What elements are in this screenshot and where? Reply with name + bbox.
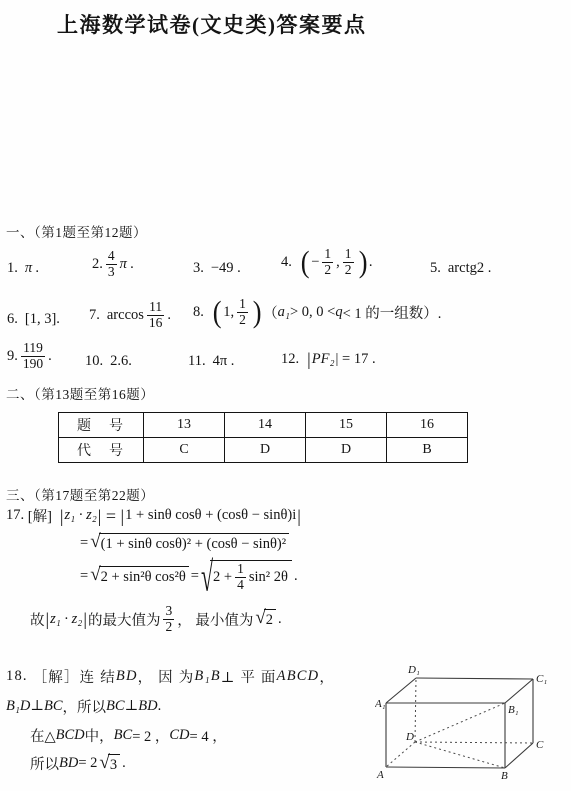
edge-d1-c1 (416, 678, 533, 679)
fraction: 119190 (21, 341, 45, 371)
fraction: 14 (235, 562, 246, 592)
left-paren: ( (301, 250, 310, 275)
answer-item-11: 11. 4π . (188, 353, 234, 370)
comma: , (336, 254, 340, 271)
period: . (369, 254, 373, 271)
text: 在△ (30, 725, 56, 746)
denominator: 2 (343, 263, 354, 278)
table-cell: 14 (225, 413, 306, 438)
abs-bar: | (297, 507, 301, 525)
table-cell: C (144, 438, 225, 463)
edge-b-c (505, 743, 533, 768)
variable-a1: a₁ (278, 304, 290, 321)
answer-item-10: 10. 2.6. (85, 353, 132, 370)
text: = 2 (78, 755, 97, 772)
vertex-label-a1: A₁ (375, 698, 386, 710)
radical: √2 +14sin² 2θ (201, 560, 292, 592)
section-heading-1: 一、（第1题至第12题） (6, 221, 147, 241)
edge-d-a-hidden (386, 742, 415, 767)
table-cell: 15 (306, 413, 387, 438)
perp-sign: ⊥ (30, 698, 44, 715)
numerator: 1 (235, 562, 246, 578)
edge-d-d1-hidden (415, 678, 416, 742)
answer-value: π . (25, 260, 40, 277)
answer-item-2: 2. 43 π . (92, 249, 134, 279)
text: 故 (30, 609, 45, 630)
diagonal-d-b1 (415, 703, 505, 742)
fraction: 32 (163, 604, 174, 634)
period: . (122, 755, 126, 772)
variable-z1z2: z₁ · z₂ (65, 507, 97, 524)
table-cell: 16 (387, 413, 468, 438)
fraction: 1116 (147, 300, 165, 330)
answer-no: 3. (193, 260, 204, 277)
problem-17-line-4: 故|z₁ · z₂|的最大值为 32 ， 最小值为 √2 . (30, 604, 282, 634)
answer-no: 9. (7, 348, 18, 365)
text: ⊥ 平 面 (221, 666, 277, 687)
table-cell: D (306, 438, 387, 463)
numerator: 119 (21, 341, 45, 357)
left-paren: ( (213, 300, 222, 325)
numerator: 11 (147, 300, 164, 316)
variable-bcd: BCD (56, 727, 85, 744)
vertex-label-c: C (536, 739, 544, 751)
answer-no: 6. (7, 311, 18, 328)
period: . (158, 698, 162, 715)
radicand: (1 + sinθ cosθ)² + (cosθ − sinθ)² (99, 533, 289, 553)
diagonal-d-b (415, 742, 505, 768)
edge-a-b (386, 767, 505, 768)
answer-item-7: 7. arccos 1116 . (89, 300, 171, 330)
denominator: 3 (106, 265, 117, 280)
right-paren: ) (253, 300, 262, 325)
radical: √3 (99, 754, 120, 774)
denominator: 4 (235, 578, 246, 593)
answer-value: π . (120, 256, 135, 273)
text: ，所以 (63, 696, 107, 717)
edge-a1-d1 (386, 678, 416, 703)
answer-value: arccos (107, 307, 144, 324)
section-heading-2: 二、（第13题至第16题） (6, 383, 154, 403)
abs-bar: | = | (98, 507, 124, 525)
radicand: 2 + sin²θ cos²θ (99, 566, 189, 586)
section-heading-3: 三、（第17题至第22题） (6, 484, 154, 504)
period: . (167, 307, 171, 324)
denominator: 16 (147, 316, 165, 331)
answer-item-1: 1. π . (7, 260, 39, 277)
answer-value: 4π . (213, 353, 235, 370)
answer-no: 10. (85, 353, 103, 370)
problem-18-line-3: 在△ BCD 中， BC = 2 ， CD = 4 ， (30, 725, 227, 746)
radical: √2 + sin²θ cos²θ (90, 566, 189, 586)
problem-17-line-1: 17. [解] |z₁ · z₂| = |1 + sinθ cosθ + (co… (6, 505, 302, 526)
problem-17-line-3: = √2 + sin²θ cos²θ = √2 +14sin² 2θ . (80, 560, 298, 592)
answer-no: 4. (281, 254, 292, 271)
variable-bd: BD (59, 755, 78, 772)
perp-sign: ⊥ (125, 698, 139, 715)
numerator: 3 (163, 604, 174, 620)
edge-c1-b1 (505, 679, 533, 703)
note-open: （ (263, 302, 278, 323)
variable-bd: BD (116, 668, 138, 685)
text: 中， (85, 725, 114, 746)
cuboid-figure: A₁ D₁ C₁ B₁ D C A B (375, 660, 571, 791)
text: ， (319, 666, 335, 687)
answer-no: 2. (92, 256, 103, 273)
problem-17-line-2: = √(1 + sinθ cosθ)² + (cosθ − sinθ)² (80, 533, 291, 553)
table-cell: D (225, 438, 306, 463)
text: ， 因 为 (138, 666, 195, 687)
answer-no: 7. (89, 307, 100, 324)
denominator: 2 (237, 313, 248, 328)
answer-value: −49 . (211, 260, 241, 277)
radical-sign: √ (201, 560, 213, 596)
equals-sign: = (191, 568, 199, 585)
answer-value: | = 17 . (336, 352, 376, 367)
problem-no: 18. (6, 668, 28, 685)
text: ， 最小值为 (177, 609, 253, 630)
variable-b1b: B₁B (194, 668, 220, 685)
radicand-pre: 2 + (213, 569, 232, 586)
denominator: 2 (322, 263, 333, 278)
answer-item-8: 8. ( 1, 12 ) （a₁ > 0, 0 < q < 1 的一组数）. (193, 297, 441, 327)
problem-no: 17. (6, 507, 24, 524)
variable-bc: BC (106, 698, 125, 715)
fraction: 12 (322, 247, 333, 277)
answer-item-9: 9. 119190 . (7, 341, 52, 371)
note-mid: > 0, 0 < (290, 304, 335, 321)
edge-d-c-hidden (415, 742, 533, 743)
table-cell: 题 号 (59, 413, 144, 438)
numerator: 1 (237, 297, 248, 313)
vertex-label-c1: C₁ (536, 673, 547, 685)
table-cell: 代 号 (59, 438, 144, 463)
answer-item-3: 3. −49 . (193, 260, 241, 277)
right-paren: ) (358, 250, 367, 275)
abs-bar: | (83, 610, 87, 628)
note-tail: < 1 的一组数）. (343, 302, 442, 323)
variable-abcd: ABCD (277, 668, 320, 685)
answer-no: 8. (193, 304, 204, 321)
period: . (48, 348, 52, 365)
expression: 1 + sinθ cosθ + (cosθ − sinθ)i (125, 507, 296, 524)
text: 所以 (30, 753, 59, 774)
radical: √2 (255, 609, 276, 629)
answer-value: [1, 3]. (25, 311, 60, 328)
text: 连 结 (80, 666, 116, 687)
table-row: 题 号 13 14 15 16 (59, 413, 468, 438)
variable-bc: BC (114, 727, 133, 744)
text: 的最大值为 (88, 609, 161, 630)
problem-18-line-2: B₁D ⊥ BC，所以 BC ⊥ BD . (6, 696, 161, 717)
variable-z1z2: z₁ · z₂ (50, 611, 82, 628)
answer-value: 2.6. (110, 353, 132, 370)
text: = 2 ， (132, 725, 169, 746)
equals-sign: = (80, 535, 88, 552)
variable-pf2: PF₂ (312, 351, 335, 368)
table-cell: 13 (144, 413, 225, 438)
answer-value: 1, (223, 304, 234, 321)
answer-no: 12. (281, 351, 299, 368)
abs-bar: | (46, 610, 50, 628)
answer-value: arctg2 . (448, 260, 491, 277)
denominator: 190 (21, 357, 45, 372)
document-page: 上海数学试卷(文史类)答案要点 一、（第1题至第12题） 1. π . 2. 4… (0, 0, 571, 791)
variable-b1d: B₁D (6, 698, 30, 715)
variable-bc: BC (44, 698, 63, 715)
variable-cd: CD (169, 727, 189, 744)
table-cell: B (387, 438, 468, 463)
period: . (278, 611, 282, 628)
answer-no: 1. (7, 260, 18, 277)
answer-item-4: 4. ( − 12 , 12 ) . (281, 247, 372, 277)
period: . (294, 568, 298, 585)
vertex-label-b1: B₁ (508, 704, 519, 716)
problem-18-line-1: 18. ［解］ 连 结 BD ， 因 为 B₁B ⊥ 平 面 ABCD ， (6, 666, 335, 687)
variable-q: q (335, 304, 342, 321)
answer-no: 11. (188, 353, 206, 370)
answer-item-12: 12. | PF₂ | = 17 . (281, 350, 377, 368)
solution-tag: ［解］ (33, 666, 80, 687)
solution-tag: [解] (28, 505, 52, 526)
radicand: 3 (108, 754, 120, 774)
vertex-label-a: A (376, 769, 384, 781)
table-row: 代 号 C D D B (59, 438, 468, 463)
numerator: 1 (322, 247, 333, 263)
problem-18-line-4: 所以 BD = 2 √3 . (30, 753, 126, 774)
radicand: 2 (264, 609, 276, 629)
abs-bar: | (60, 507, 64, 525)
answer-item-5: 5. arctg2 . (430, 260, 491, 277)
vertex-label-d: D (405, 731, 414, 743)
vertex-label-d1: D₁ (407, 664, 420, 676)
equals-sign: = (80, 568, 88, 585)
radicand: 2 +14sin² 2θ (210, 560, 292, 592)
denominator: 2 (163, 620, 174, 635)
page-title: 上海数学试卷(文史类)答案要点 (57, 9, 367, 39)
vertex-label-b: B (501, 770, 508, 782)
fraction: 43 (106, 249, 117, 279)
fraction: 12 (237, 297, 248, 327)
variable-bd: BD (138, 698, 157, 715)
numerator: 4 (106, 249, 117, 265)
minus-sign: − (311, 254, 319, 271)
answer-table: 题 号 13 14 15 16 代 号 C D D B (58, 412, 468, 463)
radicand-post: sin² 2θ (249, 569, 288, 586)
answer-no: 5. (430, 260, 441, 277)
abs-bar: | (307, 350, 311, 368)
fraction: 12 (343, 247, 354, 277)
radical: √(1 + sinθ cosθ)² + (cosθ − sinθ)² (90, 533, 289, 553)
text: = 4 ， (190, 725, 227, 746)
answer-item-6: 6. [1, 3]. (7, 311, 60, 328)
numerator: 1 (343, 247, 354, 263)
